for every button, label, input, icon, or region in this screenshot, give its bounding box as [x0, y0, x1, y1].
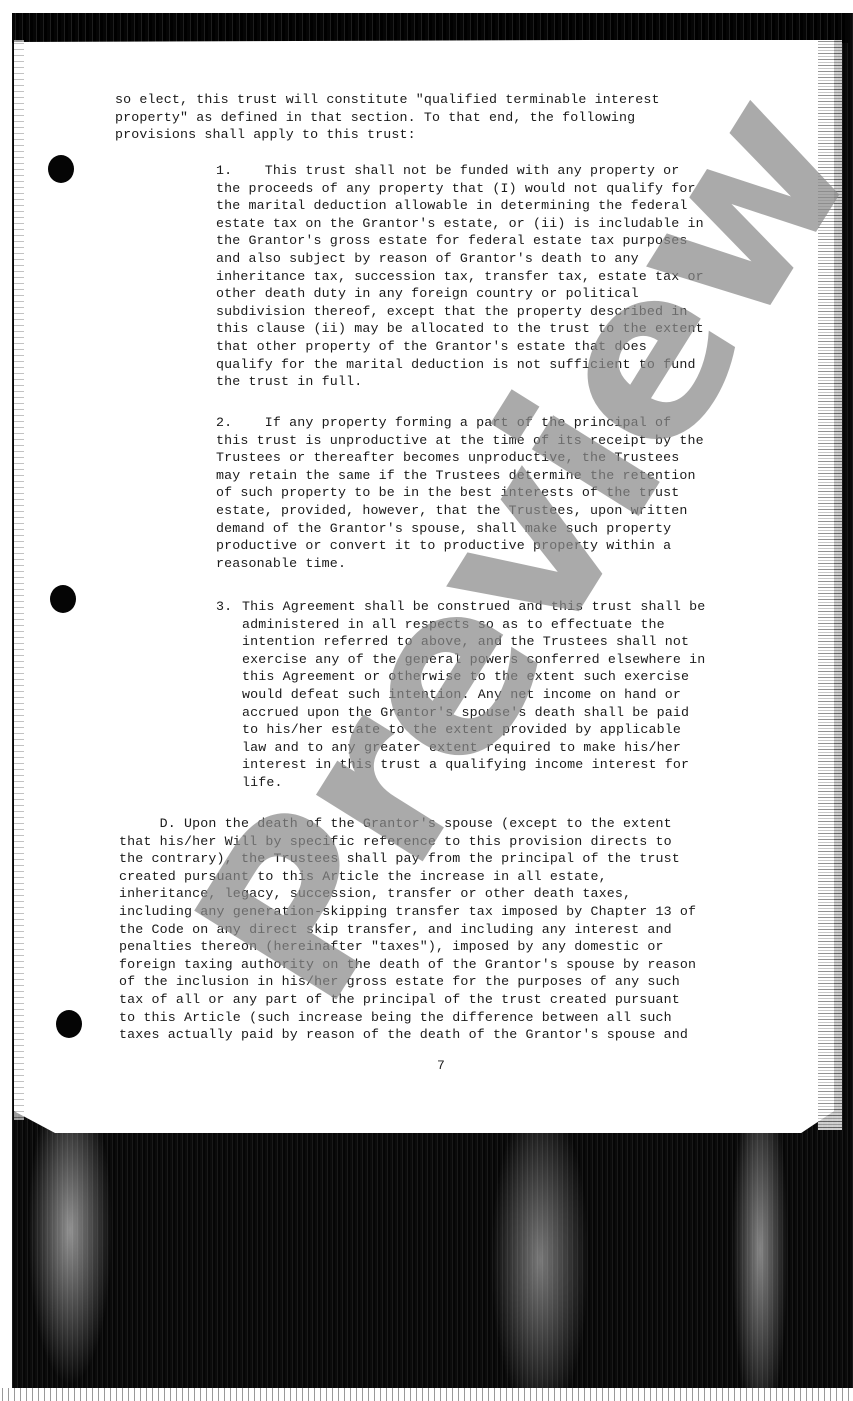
text-line: the Grantor's gross estate for federal e… [216, 232, 704, 250]
text-line: penalties thereon (hereinafter "taxes"),… [119, 938, 696, 956]
scan-bottom-edge [0, 1388, 853, 1401]
scan-top-shadow [12, 13, 848, 43]
text-line: and also subject by reason of Grantor's … [216, 250, 704, 268]
text-line: this Agreement or otherwise to the exten… [242, 668, 705, 686]
text-line: estate, provided, however, that the Trus… [216, 502, 704, 520]
text-line: that his/her Will by specific reference … [119, 833, 696, 851]
punch-hole-top [48, 155, 74, 183]
text-line: this clause (ii) may be allocated to the… [216, 320, 704, 338]
text-line: subdivision thereof, except that the pro… [216, 303, 704, 321]
text-line: estate tax on the Grantor's estate, or (… [216, 215, 704, 233]
text-line: qualify for the marital deduction is not… [216, 356, 704, 374]
text-line: other death duty in any foreign country … [216, 285, 704, 303]
text-line: life. [242, 774, 705, 792]
intro-paragraph: so elect, this trust will constitute "qu… [115, 91, 660, 144]
text-line: Trustees or thereafter becomes unproduct… [216, 449, 704, 467]
text-line: including any generation-skipping transf… [119, 903, 696, 921]
text-line: administered in all respects so as to ef… [242, 616, 705, 634]
text-line: the trust in full. [216, 373, 704, 391]
text-line: exercise any of the general powers confe… [242, 651, 705, 669]
text-line: interest in this trust a qualifying inco… [242, 756, 705, 774]
page-edge-right-noise [818, 40, 842, 1130]
text-line: law and to any greater extent required t… [242, 739, 705, 757]
text-line: intention referred to above, and the Tru… [242, 633, 705, 651]
text-line: reasonable time. [216, 555, 704, 573]
punch-hole-middle [50, 585, 76, 613]
text-line: taxes actually paid by reason of the dea… [119, 1026, 696, 1044]
text-line: foreign taxing authority on the death of… [119, 956, 696, 974]
text-line: would defeat such intention. Any net inc… [242, 686, 705, 704]
page-number: 7 [437, 1058, 445, 1073]
text-line: this trust is unproductive at the time o… [216, 432, 704, 450]
text-line: inheritance tax, succession tax, transfe… [216, 268, 704, 286]
text-line: 1. This trust shall not be funded with a… [216, 162, 704, 180]
clause-1: 1. This trust shall not be funded with a… [216, 162, 704, 391]
text-line: property" as defined in that section. To… [115, 109, 660, 127]
text-line: so elect, this trust will constitute "qu… [115, 91, 660, 109]
clause-3-number: 3. [216, 598, 232, 616]
text-line: of the inclusion in his/her gross estate… [119, 973, 696, 991]
text-line: of such property to be in the best inter… [216, 484, 704, 502]
text-line: This Agreement shall be construed and th… [242, 598, 705, 616]
page-edge-left-noise [14, 40, 24, 1120]
scan-margin-top [0, 0, 853, 13]
text-line: accrued upon the Grantor's spouse's deat… [242, 704, 705, 722]
text-line: inheritance, legacy, succession, transfe… [119, 885, 696, 903]
punch-hole-bottom [56, 1010, 82, 1038]
text-line: to this Article (such increase being the… [119, 1009, 696, 1027]
text-line: the contrary), the Trustees shall pay fr… [119, 850, 696, 868]
text-line: the Code on any direct skip transfer, an… [119, 921, 696, 939]
clause-3: This Agreement shall be construed and th… [242, 598, 705, 792]
text-line: 2. If any property forming a part of the… [216, 414, 704, 432]
text-line: tax of all or any part of the principal … [119, 991, 696, 1009]
text-line: that other property of the Grantor's est… [216, 338, 704, 356]
scan-margin-left [0, 0, 12, 1401]
text-line: productive or convert it to productive p… [216, 537, 704, 555]
clause-2: 2. If any property forming a part of the… [216, 414, 704, 572]
section-d-paragraph: D. Upon the death of the Grantor's spous… [119, 815, 696, 1044]
text-line: may retain the same if the Trustees dete… [216, 467, 704, 485]
text-line: D. Upon the death of the Grantor's spous… [119, 815, 696, 833]
text-line: created pursuant to this Article the inc… [119, 868, 696, 886]
text-line: provisions shall apply to this trust: [115, 126, 660, 144]
text-line: to his/her estate to the extent provided… [242, 721, 705, 739]
text-line: the marital deduction allowable in deter… [216, 197, 704, 215]
text-line: the proceeds of any property that (I) wo… [216, 180, 704, 198]
text-line: demand of the Grantor's spouse, shall ma… [216, 520, 704, 538]
